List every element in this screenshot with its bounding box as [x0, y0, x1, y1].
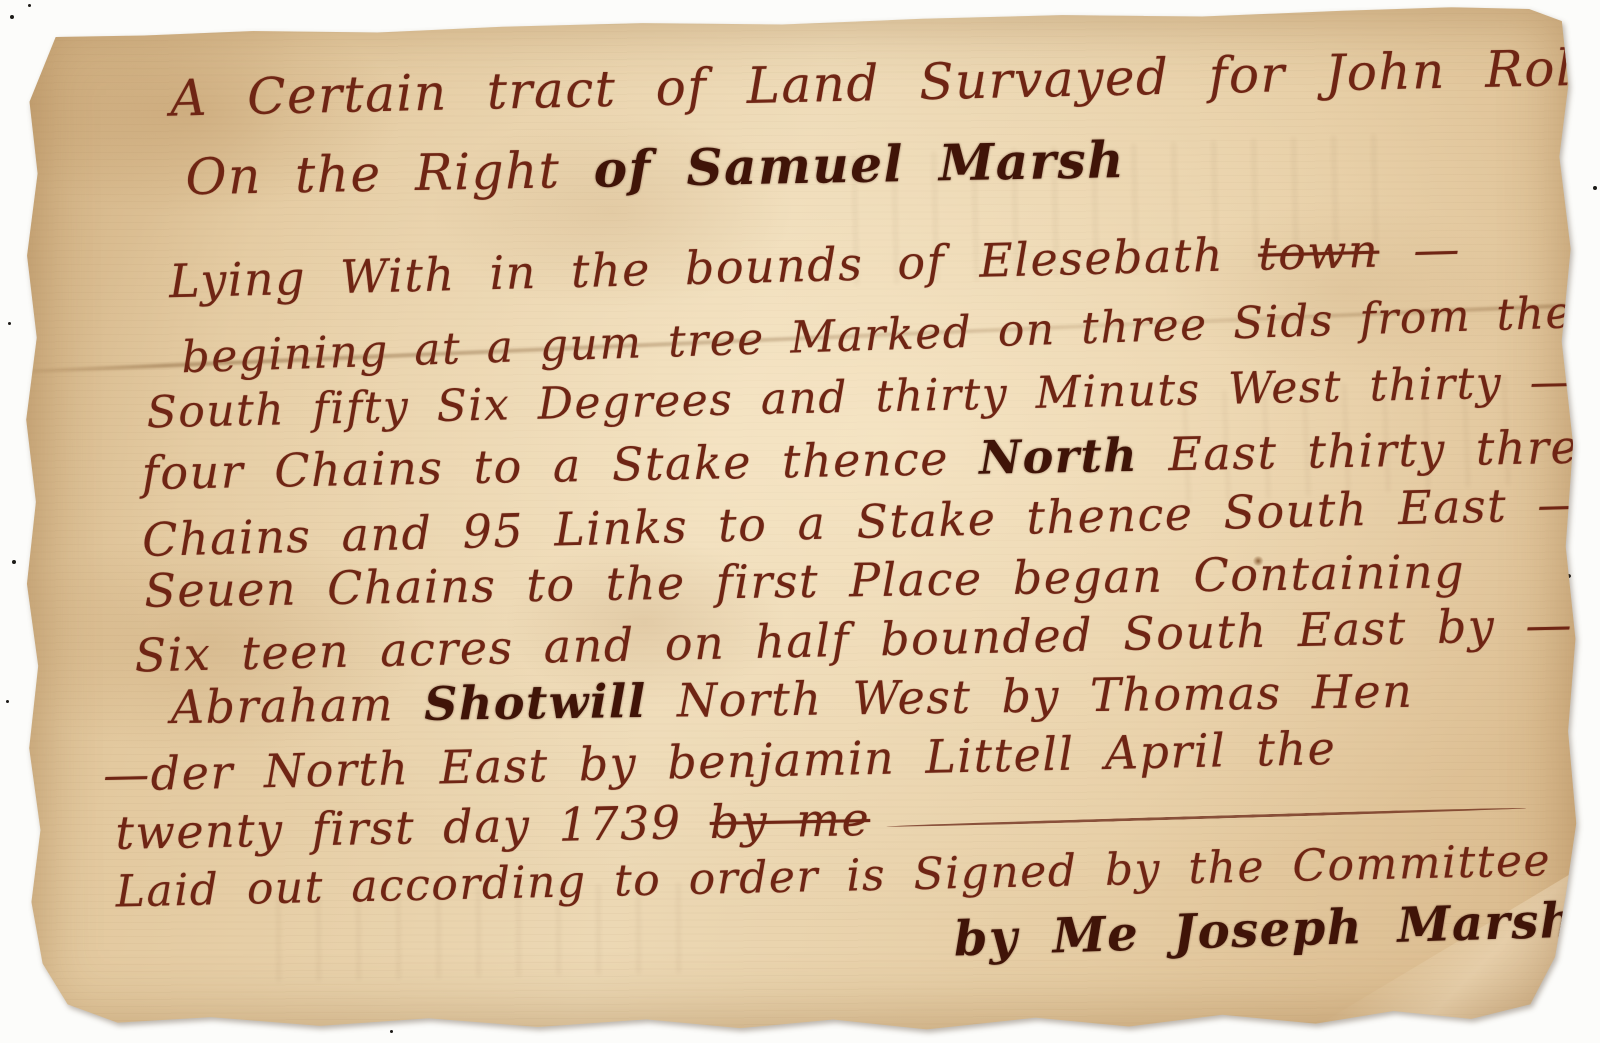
line-text: twenty first day 1739	[115, 795, 710, 860]
line-text: East thirty three	[1138, 419, 1600, 482]
scan-background: A Certain tract of Land Survayed for Joh…	[0, 0, 1600, 1043]
document-paper: A Certain tract of Land Survayed for Joh…	[20, 3, 1580, 1036]
line-text-emphasis: Shotwill	[424, 674, 647, 731]
line-text-emphasis: North	[979, 428, 1139, 485]
line-text-struck: town	[1257, 224, 1380, 281]
line-text: North West by Thomas Hen	[646, 664, 1413, 728]
line-text-struck: by me	[709, 792, 870, 849]
dust-speck	[1593, 186, 1597, 190]
line-text: —	[1379, 222, 1462, 278]
line-text: On the Right	[185, 141, 594, 206]
line-text: Abraham	[170, 677, 424, 734]
dust-speck	[12, 560, 16, 564]
dust-speck	[10, 15, 14, 19]
ink-rule	[886, 806, 1526, 827]
document-paper-wrapper: A Certain tract of Land Survayed for Joh…	[22, 6, 1578, 1032]
dust-speck	[8, 322, 11, 325]
line-text-emphasis: of Samuel Marsh	[593, 130, 1125, 199]
dust-speck	[6, 700, 9, 703]
